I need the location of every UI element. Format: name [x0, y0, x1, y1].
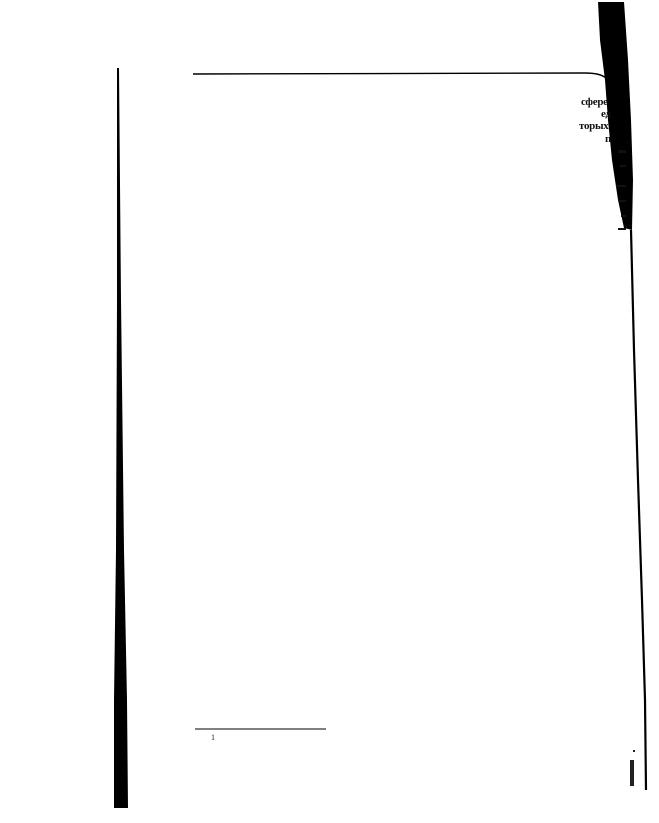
header-rule: [193, 73, 606, 78]
edge-text-fragment: сфере: [581, 97, 608, 108]
bottom-right-marks: [630, 750, 635, 786]
left-gutter-shadow: [114, 68, 128, 808]
footnote-marker: 1: [211, 734, 215, 742]
edge-text-fragment: торых: [579, 121, 608, 132]
right-edge-line: [631, 230, 646, 790]
edge-text-fragment: ед: [601, 109, 611, 120]
edge-text-fragment: п: [605, 134, 611, 145]
scanned-page: [0, 0, 659, 823]
